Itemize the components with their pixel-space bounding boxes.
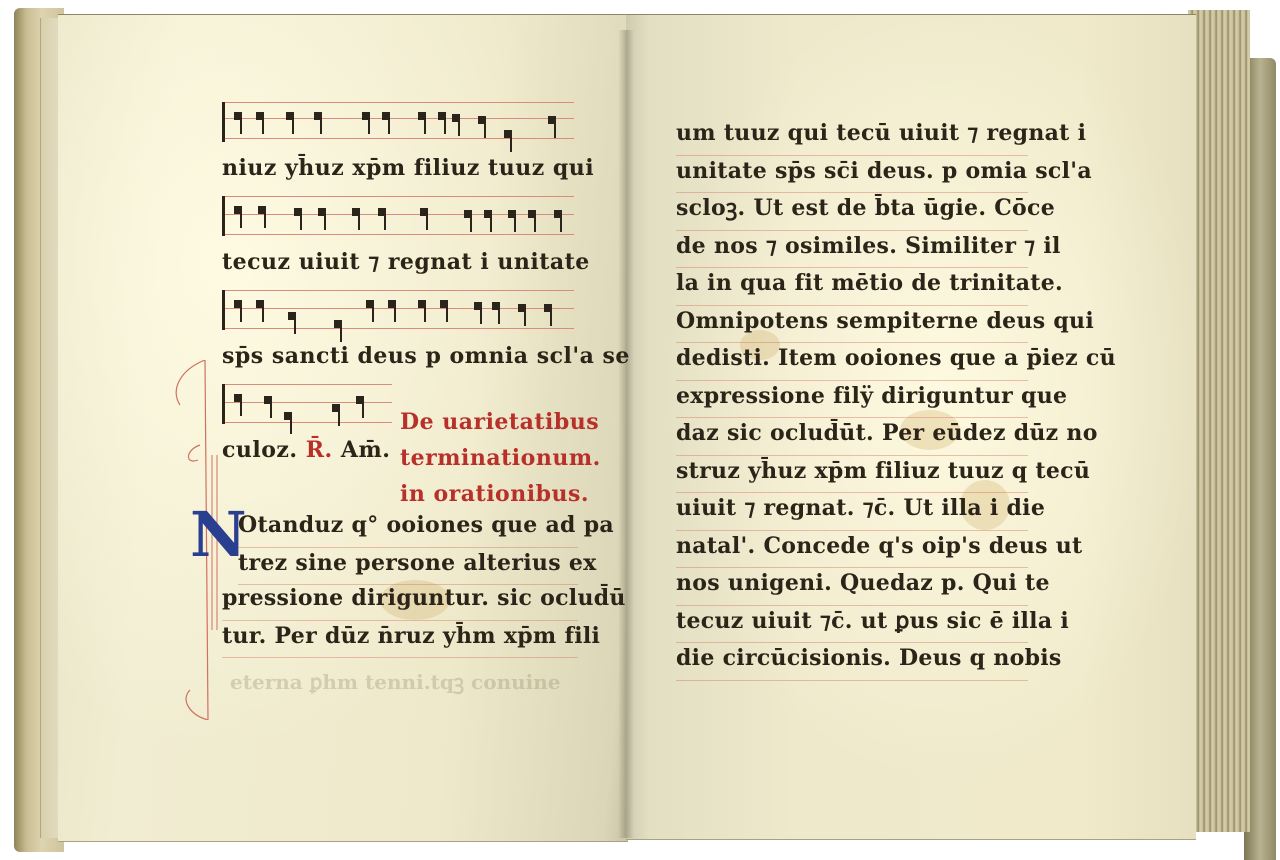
text-line: die circūcisionis. Deus q nobis xyxy=(676,643,1028,681)
text-line: daz sic oclud̄ūt. Per eūdez dūz no xyxy=(676,418,1028,456)
text-line: struz yh̄uz xp̄m filiuz tuuz q tecū xyxy=(676,456,1028,494)
lyric-line: niuz yh̄uz xp̄m filiuz tuuz qui xyxy=(222,154,574,192)
text-line: uiuit ⁊ regnat. ⁊c̄. Ut illa i die xyxy=(676,493,1028,531)
text-line: natal'. Concede q's oip's deus ut xyxy=(676,531,1028,569)
page-block-fore-edge xyxy=(1188,10,1250,832)
response-sign: R̄. xyxy=(306,437,333,463)
rubric-line: De uarietatibus xyxy=(400,408,580,444)
text-line: la in qua fit mētio de trinitate. xyxy=(676,268,1028,306)
text-line: dedisti. Item ooiones que a p̄iez cū xyxy=(676,343,1028,381)
text-line: pressione diriguntur. sic oclud̄ū xyxy=(222,583,578,621)
music-staff xyxy=(222,286,574,338)
amen-text: Am̄. xyxy=(341,437,391,463)
rubric-line: terminationum. xyxy=(400,444,580,480)
lyric-line: sp̄s sancti deus p omnia scl'a se xyxy=(222,342,574,380)
lyric-text: culoz. xyxy=(222,437,298,463)
text-line: Omnipotens sempiterne deus qui xyxy=(676,306,1028,344)
lyric-line: tecuz uiuit ⁊ regnat i unitate xyxy=(222,248,574,286)
text-line: expressione filÿ diriguntur que xyxy=(676,381,1028,419)
text-line: de nos ⁊ osimiles. Similiter ⁊ il xyxy=(676,231,1028,269)
text-line: nos unigeni. Quedaz p. Qui te xyxy=(676,568,1028,606)
left-body-text-cont: pressione diriguntur. sic oclud̄ū tur. P… xyxy=(222,583,578,658)
left-body-text: Otanduz q° ooiones que ad pa trez sine p… xyxy=(238,510,578,585)
text-line: um tuuz qui tecū uiuit ⁊ regnat i xyxy=(676,118,1028,156)
text-line: Otanduz q° ooiones que ad pa xyxy=(238,510,578,548)
right-body-text: um tuuz qui tecū uiuit ⁊ regnat i unitat… xyxy=(676,118,1028,681)
gutter-fold xyxy=(618,30,634,838)
decorated-initial: N xyxy=(190,506,238,564)
text-line: unitate sp̄s sc̄i deus. p omia scl'a xyxy=(676,156,1028,194)
text-line: tur. Per dūz n̄ruz yh̄m xp̄m fili xyxy=(222,621,578,659)
text-line: scloꝫ. Ut est de b̄ta ūgie. Cōce xyxy=(676,193,1028,231)
rubric-heading: De uarietatibus terminationum. in oratio… xyxy=(400,408,580,516)
music-staff xyxy=(222,192,574,244)
text-line: tecuz uiuit ⁊c̄. ut ꝑus sic ē illa i xyxy=(676,606,1028,644)
show-through-text: eterna ꝑhm tenni.tqꝫ conuine xyxy=(230,668,561,695)
text-line: trez sine persone alterius ex xyxy=(238,548,578,586)
music-staff xyxy=(222,98,574,150)
music-staff xyxy=(222,380,392,432)
open-manuscript: niuz yh̄uz xp̄m filiuz tuuz qui tecuz ui… xyxy=(0,0,1280,860)
